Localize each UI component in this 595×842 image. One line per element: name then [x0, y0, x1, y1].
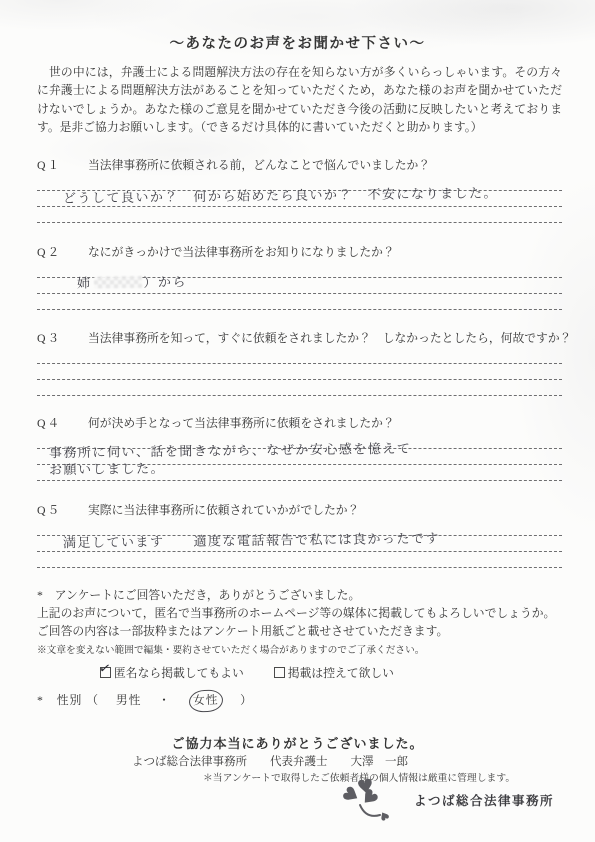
question-block-q1: Q１ 当法律事務所に依頼される前，どんなことで悩んでいましたか？ どうして良いか…	[37, 158, 562, 223]
question-text: なにがきっかけで当法律事務所をお知りになりましたか？	[88, 245, 562, 260]
answer-line	[37, 552, 562, 568]
option-no-publication: 掲載は控えて欲しい	[274, 664, 394, 682]
question-block-q5: Q５ 実際に当法律事務所に依頼されていかがでしたか？ 満足しています 適度な電話…	[37, 503, 562, 568]
consent-section: * アンケートにご回答いただき，ありがとうございました。 上記のお声について，匿…	[37, 586, 567, 712]
answer-line	[37, 364, 562, 380]
gender-option-male: 男性	[116, 693, 142, 707]
option-label: 匿名なら掲載してもよい	[114, 664, 244, 682]
answer-line	[37, 294, 562, 310]
question-block-q2: Q２ なにがきっかけで当法律事務所をお知りになりましたか？ 姉）から	[37, 245, 562, 310]
gender-paren-open: （	[86, 693, 112, 707]
gender-label: * 性別	[37, 693, 82, 707]
consent-line: ご回答の内容は一部抜粋またはアンケート用紙ごと載せさせていただきます。	[37, 622, 567, 640]
question-block-q3: Q３ 当法律事務所を知って，すぐに依頼をされましたか？ しなかったとしたら，何故…	[37, 331, 562, 396]
question-number: Q１	[37, 158, 88, 173]
brand-name: よつば総合法律事務所	[414, 791, 554, 809]
answer-lines: どうして良いか？ 何から始めたら良いか？ 不安になりました。	[37, 175, 562, 223]
handwritten-answer: 事務所に伺い、話を聞きながら、なぜか安心感を憶えて お願いしました。	[49, 442, 412, 479]
question-number: Q３	[37, 331, 88, 346]
consent-thanks-line: * アンケートにご回答いただき，ありがとうございました。	[37, 586, 567, 604]
question-number: Q２	[37, 245, 88, 260]
publication-options: 匿名なら掲載してもよい 掲載は控えて欲しい	[37, 664, 567, 682]
answer-suffix: ）から	[143, 275, 187, 291]
question-number: Q５	[37, 503, 88, 518]
gender-separator: ・	[145, 693, 183, 707]
handwritten-answer: 姉）から	[77, 275, 187, 293]
checkbox-icon	[100, 667, 111, 678]
answer-lines	[37, 348, 562, 396]
answer-line	[37, 207, 562, 223]
answer-line	[37, 380, 562, 396]
footer-thanks: ご協力本当にありがとうございました。	[0, 733, 595, 752]
question-text: 当法律事務所を知って，すぐに依頼をされましたか？ しなかったとしたら，何故ですか…	[88, 331, 571, 346]
survey-page: ～あなたのお声をお聞かせ下さい～ 世の中には，弁護士による問題解決方法の存在を知…	[0, 0, 595, 842]
question-number: Q４	[37, 416, 88, 431]
intro-paragraph: 世の中には，弁護士による問題解決方法の存在を知らない方が多くいらっしゃいます。そ…	[37, 63, 562, 136]
question-block-q4: Q４ 何が決め手となって当法律事務所に依頼をされましたか？ 事務所に伺い、話を聞…	[37, 416, 562, 481]
answer-prefix: 姉	[77, 276, 92, 291]
question-text: 実際に当法律事務所に依頼されていかがでしたか？	[88, 503, 562, 518]
gender-option-female-circled: 女性	[188, 689, 222, 712]
option-label: 掲載は控えて欲しい	[288, 664, 394, 682]
question-text: 何が決め手となって当法律事務所に依頼をされましたか？	[88, 416, 562, 431]
gender-row: * 性別 （ 男性 ・ 女性 ）	[37, 690, 567, 712]
page-title: ～あなたのお声をお聞かせ下さい～	[0, 32, 595, 53]
clover-logo-icon: ♥ ♥ ♥ ♥	[346, 779, 402, 825]
footer-signature: よつば総合法律事務所 代表弁護士 大澤 一郎	[0, 753, 540, 769]
consent-line: 上記のお声について，匿名で当事務所のホームページ等の媒体に掲載してもよろしいでし…	[37, 604, 567, 622]
consent-note: ※文章を変えない範囲で編集・要約させていただく場合がありますのでご了承ください。	[37, 644, 567, 658]
option-anonymous-ok: 匿名なら掲載してもよい	[100, 664, 244, 682]
checkbox-icon	[274, 667, 285, 678]
answer-line	[37, 348, 562, 364]
gender-paren-close: ）	[227, 693, 253, 707]
question-text: 当法律事務所に依頼される前，どんなことで悩んでいましたか？	[88, 158, 562, 173]
redaction-box	[93, 276, 141, 289]
answer-lines: 満足しています 適度な電話報告で私には良かったです	[37, 520, 562, 568]
answer-lines: 事務所に伺い、話を聞きながら、なぜか安心感を憶えて お願いしました。	[37, 433, 562, 481]
answer-lines: 姉）から	[37, 262, 562, 310]
